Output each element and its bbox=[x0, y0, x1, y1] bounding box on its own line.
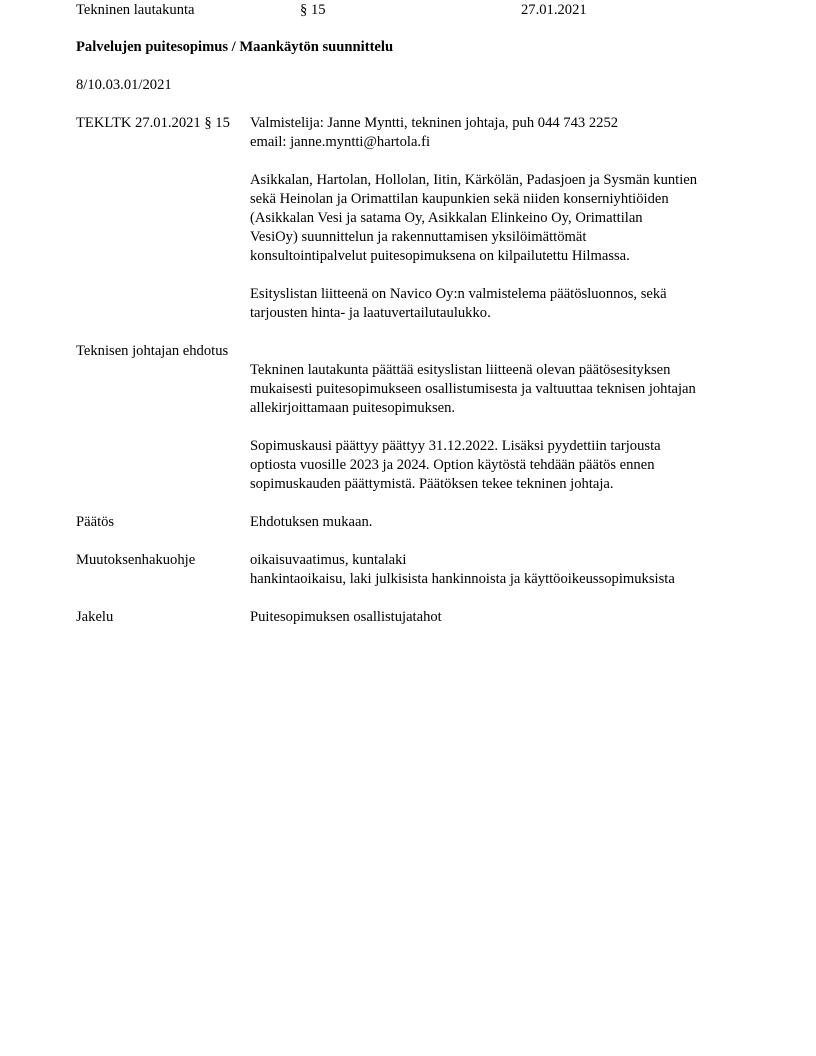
text-line: optiosta vuosille 2023 ja 2024. Option k… bbox=[250, 456, 655, 475]
preparer-email: email: janne.myntti@hartola.fi bbox=[250, 133, 430, 152]
preparation-label: TEKLTK 27.01.2021 § 15 bbox=[76, 114, 230, 133]
appeal-line: oikaisuvaatimus, kuntalaki bbox=[250, 551, 406, 570]
text-line: mukaisesti puitesopimukseen osallistumis… bbox=[250, 380, 696, 399]
section-number: § 15 bbox=[300, 1, 326, 20]
appeal-label: Muutoksenhakuohje bbox=[76, 551, 195, 570]
distribution-label: Jakelu bbox=[76, 608, 113, 627]
text-line: Tekninen lautakunta päättää esityslistan… bbox=[250, 361, 670, 380]
text-line: tarjousten hinta- ja laatuvertailutauluk… bbox=[250, 304, 491, 323]
text-line: Esityslistan liitteenä on Navico Oy:n va… bbox=[250, 285, 667, 304]
text-line: konsultointipalvelut puitesopimuksena on… bbox=[250, 247, 630, 266]
board-name: Tekninen lautakunta bbox=[76, 1, 195, 20]
appeal-line: hankintaoikaisu, laki julkisista hankinn… bbox=[250, 570, 675, 589]
meeting-date: 27.01.2021 bbox=[521, 1, 587, 20]
text-line: Asikkalan, Hartolan, Hollolan, Iitin, Kä… bbox=[250, 171, 697, 190]
preparer-line: Valmistelija: Janne Myntti, tekninen joh… bbox=[250, 114, 618, 133]
text-line: Sopimuskausi päättyy päättyy 31.12.2022.… bbox=[250, 437, 661, 456]
decision-text: Ehdotuksen mukaan. bbox=[250, 513, 372, 532]
text-line: sopimuskauden päättymistä. Päätöksen tek… bbox=[250, 475, 614, 494]
text-line: allekirjoittamaan puitesopimuksen. bbox=[250, 399, 455, 418]
proposal-label: Teknisen johtajan ehdotus bbox=[76, 342, 228, 361]
text-line: sekä Heinolan ja Orimattilan kaupunkien … bbox=[250, 190, 669, 209]
distribution-text: Puitesopimuksen osallistujatahot bbox=[250, 608, 442, 627]
decision-label: Päätös bbox=[76, 513, 114, 532]
text-line: VesiOy) suunnittelun ja rakennuttamisen … bbox=[250, 228, 586, 247]
record-number: 8/10.03.01/2021 bbox=[76, 76, 172, 95]
document-title: Palvelujen puitesopimus / Maankäytön suu… bbox=[76, 38, 393, 57]
text-line: (Asikkalan Vesi ja satama Oy, Asikkalan … bbox=[250, 209, 643, 228]
